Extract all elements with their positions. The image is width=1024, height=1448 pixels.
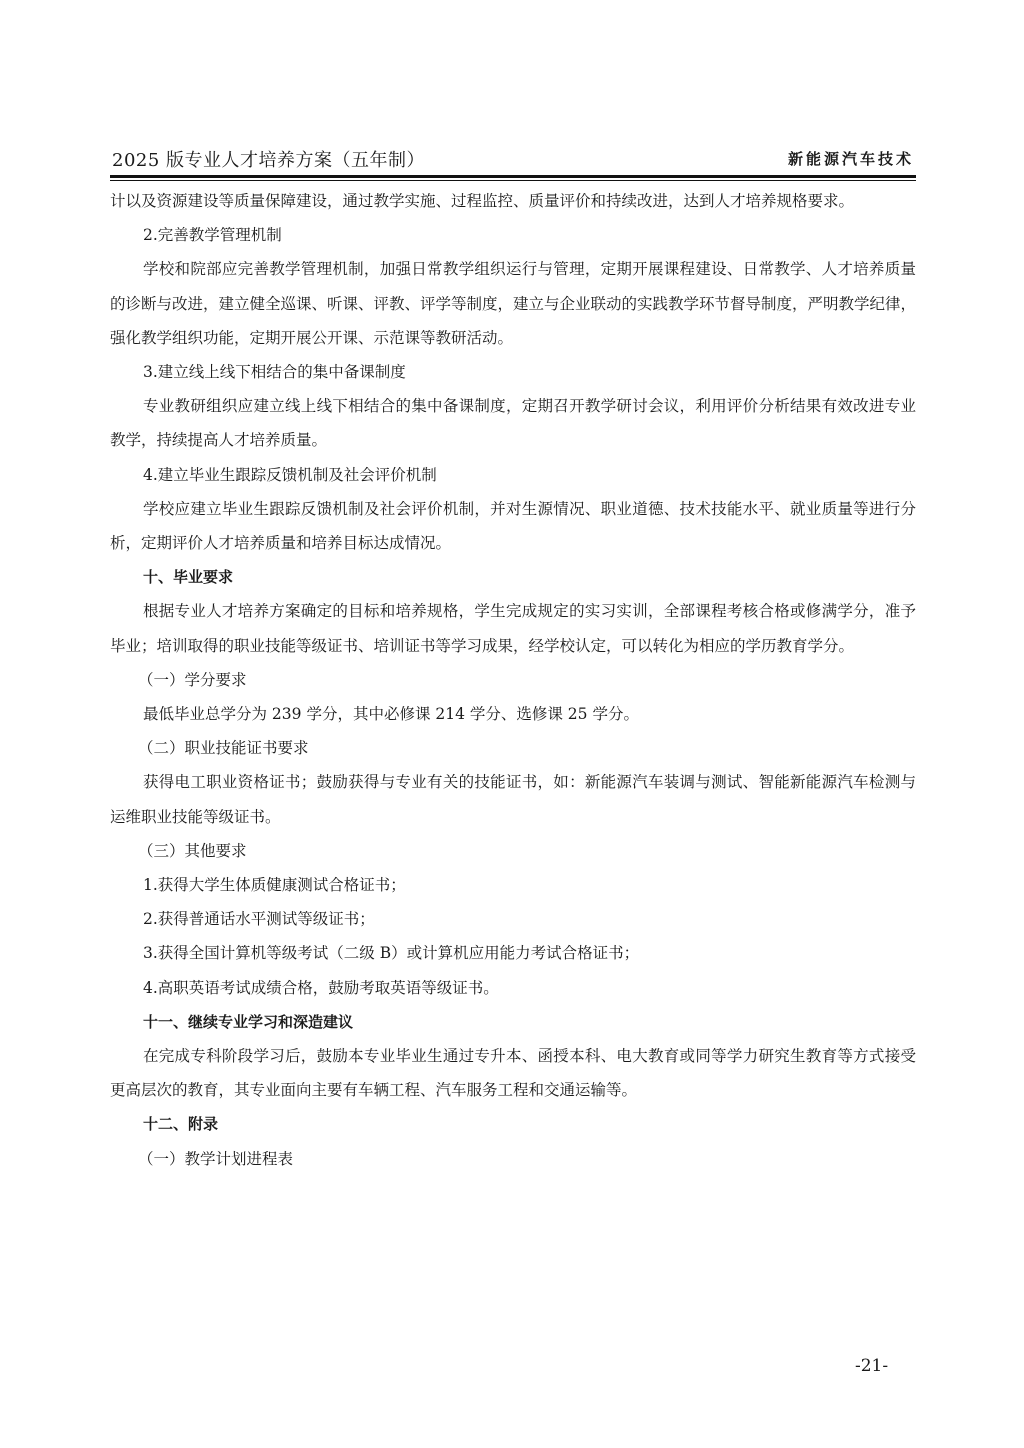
subsection-1-paragraph: 最低毕业总学分为 239 学分，其中必修课 214 学分、选修课 25 学分。 <box>110 697 916 731</box>
header-major-name: 新能源汽车技术 <box>788 148 914 169</box>
item-2-paragraph: 学校和院部应完善教学管理机制，加强日常教学组织运行与管理，定期开展课程建设、日常… <box>110 252 916 355</box>
item-2-heading: 2.完善教学管理机制 <box>110 218 916 252</box>
subsection-2-paragraph: 获得电工职业资格证书；鼓励获得与专业有关的技能证书，如：新能源汽车装调与测试、智… <box>110 765 916 833</box>
page-header: 2025 版专业人才培养方案（五年制） 新能源汽车技术 <box>110 144 916 174</box>
other-requirement-item: 2.获得普通话水平测试等级证书； <box>110 902 916 936</box>
header-rule-thick <box>110 175 916 178</box>
continuation-paragraph: 计以及资源建设等质量保障建设，通过教学实施、过程监控、质量评价和持续改进，达到人… <box>110 184 916 218</box>
other-requirement-item: 4.高职英语考试成绩合格，鼓励考取英语等级证书。 <box>110 971 916 1005</box>
other-requirement-item: 1.获得大学生体质健康测试合格证书； <box>110 868 916 902</box>
item-4-paragraph: 学校应建立毕业生跟踪反馈机制及社会评价机制，并对生源情况、职业道德、技术技能水平… <box>110 492 916 560</box>
appendix-1-heading: （一）教学计划进程表 <box>110 1142 916 1176</box>
subsection-2-heading: （二）职业技能证书要求 <box>110 731 916 765</box>
section-11-paragraph: 在完成专科阶段学习后，鼓励本专业毕业生通过专升本、函授本科、电大教育或同等学力研… <box>110 1039 916 1107</box>
document-body: 计以及资源建设等质量保障建设，通过教学实施、过程监控、质量评价和持续改进，达到人… <box>110 184 916 1176</box>
item-3-paragraph: 专业教研组织应建立线上线下相结合的集中备课制度，定期召开教学研讨会议，利用评价分… <box>110 389 916 457</box>
item-4-heading: 4.建立毕业生跟踪反馈机制及社会评价机制 <box>110 458 916 492</box>
other-requirement-item: 3.获得全国计算机等级考试（二级 B）或计算机应用能力考试合格证书； <box>110 936 916 970</box>
section-10-heading: 十、毕业要求 <box>110 560 916 594</box>
header-rule-thin <box>110 180 916 181</box>
subsection-3-heading: （三）其他要求 <box>110 834 916 868</box>
section-11-heading: 十一、继续专业学习和深造建议 <box>110 1005 916 1039</box>
section-10-paragraph: 根据专业人才培养方案确定的目标和培养规格，学生完成规定的实习实训，全部课程考核合… <box>110 594 916 662</box>
page-number: -21- <box>855 1356 888 1376</box>
subsection-1-heading: （一）学分要求 <box>110 663 916 697</box>
item-3-heading: 3.建立线上线下相结合的集中备课制度 <box>110 355 916 389</box>
header-document-title: 2025 版专业人才培养方案（五年制） <box>112 146 425 172</box>
section-12-heading: 十二、附录 <box>110 1107 916 1141</box>
